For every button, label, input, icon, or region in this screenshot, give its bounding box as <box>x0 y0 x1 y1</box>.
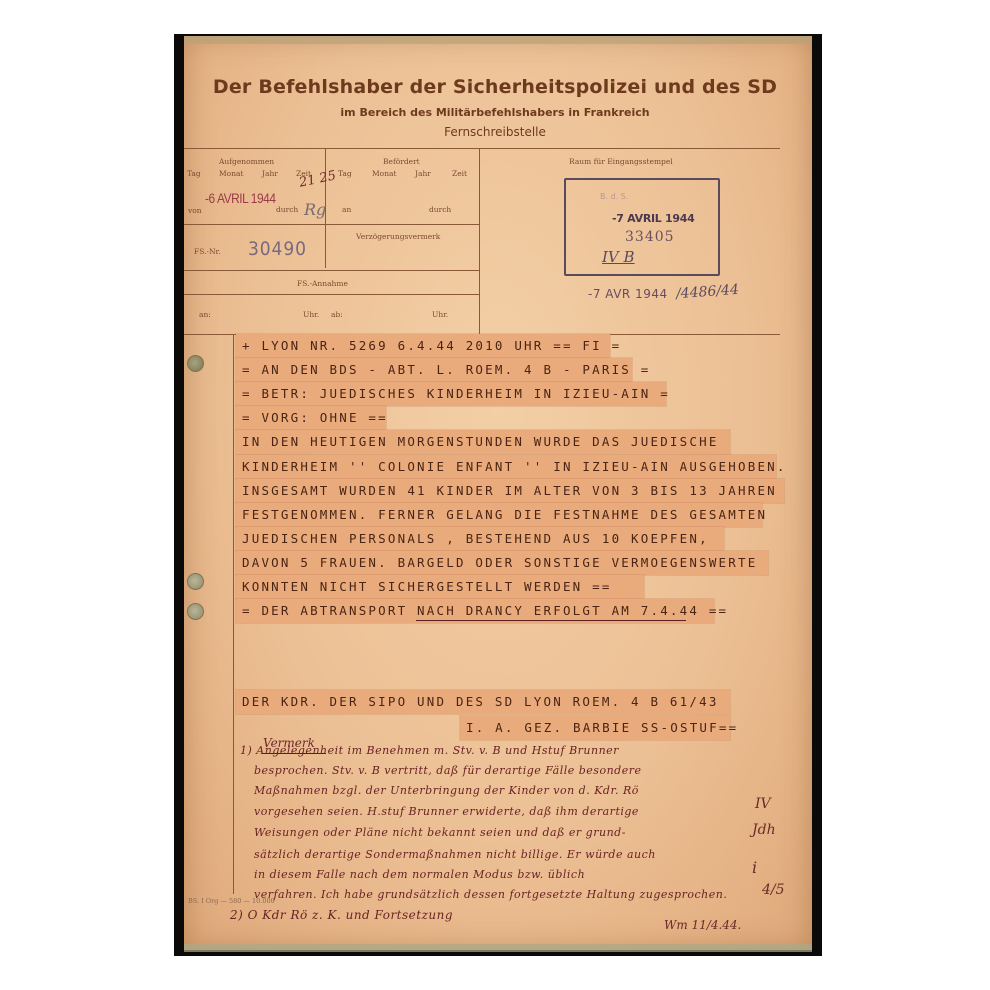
receipt-stamp-box <box>564 178 720 276</box>
befoerdert-col-jahr: Jahr <box>415 169 431 178</box>
received-operator-initials: Rg <box>304 200 326 219</box>
telex-line: KINDERHEIM '' COLONIE ENFANT '' IN IZIEU… <box>242 455 787 479</box>
telex-line: = VORG: OHNE == <box>242 406 388 430</box>
handwritten-note-line: vorgesehen seien. H.stuf Brunner erwider… <box>254 805 744 823</box>
verzoegerungsvermerk-label: Verzögerungsvermerk <box>356 232 440 241</box>
margin-note: 4/5 <box>762 882 785 898</box>
telex-line: KONNTEN NICHT SICHERGESTELLT WERDEN == <box>242 575 612 599</box>
aufgenommen-durch-label: durch <box>276 205 298 214</box>
letterhead-title: Der Befehlshaber der Sicherheitspolizei … <box>0 76 990 98</box>
befoerdert-label: Befördert <box>383 157 420 166</box>
aufgenommen-col-monat: Monat <box>219 169 244 178</box>
left-margin-rule <box>233 334 234 894</box>
form-rule-2 <box>184 224 480 225</box>
handwritten-note-line: 2) O Kdr Rö z. K. und Fortsetzung <box>230 908 720 926</box>
receipt-stamp-department: IV B <box>602 248 635 266</box>
margin-note: i <box>752 858 757 877</box>
signature-line: DER KDR. DER SIPO UND DES SD LYON ROEM. … <box>242 690 719 714</box>
punch-hole <box>187 573 204 590</box>
telex-line: JUEDISCHEN PERSONALS , BESTEHEND AUS 10 … <box>242 527 709 551</box>
telex-line: FESTGENOMMEN. FERNER GELANG DIE FESTNAHM… <box>242 503 767 527</box>
form-rule-4 <box>184 294 480 295</box>
receipt-stamp-header: B. d. S. <box>600 192 628 201</box>
befoerdert-durch-label: durch <box>429 205 451 214</box>
handwritten-note-line: Weisungen oder Pläne nicht bekannt seien… <box>254 826 744 844</box>
fs-nr-value: 30490 <box>248 238 307 260</box>
handwritten-note-line: sätzlich derartige Sondermaßnahmen nicht… <box>254 848 744 866</box>
telex-line: + LYON NR. 5269 6.4.44 2010 UHR == FI = <box>242 334 621 358</box>
telex-line: INSGESAMT WURDEN 41 KINDER IM ALTER VON … <box>242 479 777 503</box>
befoerdert-col-tag: Tag <box>338 169 352 178</box>
handwritten-note-line: in diesem Falle nach dem normalen Modus … <box>254 868 744 886</box>
befoerdert-an-label: an <box>342 205 351 214</box>
second-date-stamp: -7 AVR 1944 <box>588 287 668 301</box>
form-divider-2 <box>479 148 480 334</box>
handwritten-note-line: besprochen. Stv. v. B vertritt, daß für … <box>254 764 744 782</box>
aufgenommen-von-label: von <box>188 206 202 215</box>
telex-line: = AN DEN BDS - ABT. L. ROEM. 4 B - PARIS… <box>242 358 650 382</box>
handwritten-signoff: Wm 11/4.44. <box>664 918 741 932</box>
aufgenommen-label: Aufgenommen <box>219 157 274 166</box>
telex-line: = BETR: JUEDISCHES KINDERHEIM IN IZIEU-A… <box>242 382 670 406</box>
punch-hole <box>187 355 204 372</box>
fs-annahme-label: FS.-Annahme <box>297 279 348 288</box>
paper-bottom-edge <box>184 944 812 952</box>
fs-annahme-ab-label: ab: <box>331 310 343 319</box>
letterhead-subtitle: im Bereich des Militärbefehlshabers in F… <box>0 106 990 119</box>
aufgenommen-col-tag: Tag <box>187 169 201 178</box>
telex-line: IN DEN HEUTIGEN MORGENSTUNDEN WURDE DAS … <box>242 430 719 454</box>
befoerdert-col-zeit: Zeit <box>452 169 467 178</box>
form-print-code: BS. I Org — 580 — 10.000 <box>188 897 275 905</box>
receipt-stamp-number: 33405 <box>625 229 675 245</box>
form-rule-3 <box>184 270 480 271</box>
letterhead-department: Fernschreibstelle <box>0 125 990 139</box>
margin-note: IV <box>755 796 771 812</box>
fs-annahme-uhr1-label: Uhr. <box>303 310 319 319</box>
paper-top-edge <box>184 36 812 44</box>
received-date-stamp: -6 AVRIL 1944 <box>205 190 276 206</box>
punch-hole <box>187 603 204 620</box>
eingangsstempel-label: Raum für Eingangsstempel <box>569 157 673 166</box>
telex-line: DAVON 5 FRAUEN. BARGELD ODER SONSTIGE VE… <box>242 551 757 575</box>
handwritten-note-line: 1) Angelegenheit im Benehmen m. Stv. v. … <box>240 744 730 762</box>
form-top-rule <box>184 148 780 149</box>
receipt-stamp-date: -7 AVRIL 1944 <box>612 212 694 225</box>
befoerdert-col-monat: Monat <box>372 169 397 178</box>
fs-annahme-uhr2-label: Uhr. <box>432 310 448 319</box>
margin-note: Jdh <box>752 822 776 838</box>
fs-annahme-an-label: an: <box>199 310 211 319</box>
fs-nr-label: FS.-Nr. <box>194 247 221 256</box>
handwritten-note-line: verfahren. Ich habe grundsätzlich dessen… <box>254 888 744 906</box>
drancy-underline <box>416 620 686 621</box>
handwritten-note-line: Maßnahmen bzgl. der Unterbringung der Ki… <box>254 784 744 802</box>
aufgenommen-col-jahr: Jahr <box>262 169 278 178</box>
signature-line: I. A. GEZ. BARBIE SS-OSTUF== <box>466 716 738 740</box>
